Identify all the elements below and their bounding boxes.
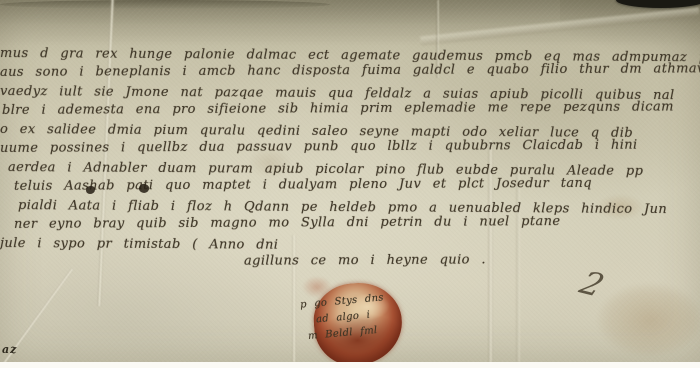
- manuscript-line: teluis Aashab pati quo maptet i dualyam …: [0, 173, 700, 196]
- manuscript-line: aus sono i beneplanis i amcb hanc dispos…: [0, 59, 700, 82]
- diagonal-crease-top-right: [420, 7, 699, 45]
- photo-bottom-margin: [0, 362, 700, 368]
- parchment-sheet: mus d gra rex hunge palonie dalmac ect a…: [0, 0, 700, 362]
- manuscript-photo: mus d gra rex hunge palonie dalmac ect a…: [0, 0, 700, 368]
- top-edge-shadow: [0, 0, 700, 46]
- manuscript-text-block: mus d gra rex hunge palonie dalmac ect a…: [0, 44, 700, 272]
- stain-bottom-right: [598, 284, 700, 356]
- manuscript-line: uume possines i quellbz dua passuav punb…: [0, 135, 700, 158]
- top-dark-streak: [0, 0, 330, 9]
- dark-hole-top-right: [616, 0, 700, 8]
- corner-ink-mark: az: [2, 343, 17, 356]
- manuscript-line: ner eyno bray quib sib magno mo Sylla dn…: [0, 211, 700, 234]
- manuscript-line: blre i ademesta ena pro sifieione sib hi…: [0, 97, 700, 120]
